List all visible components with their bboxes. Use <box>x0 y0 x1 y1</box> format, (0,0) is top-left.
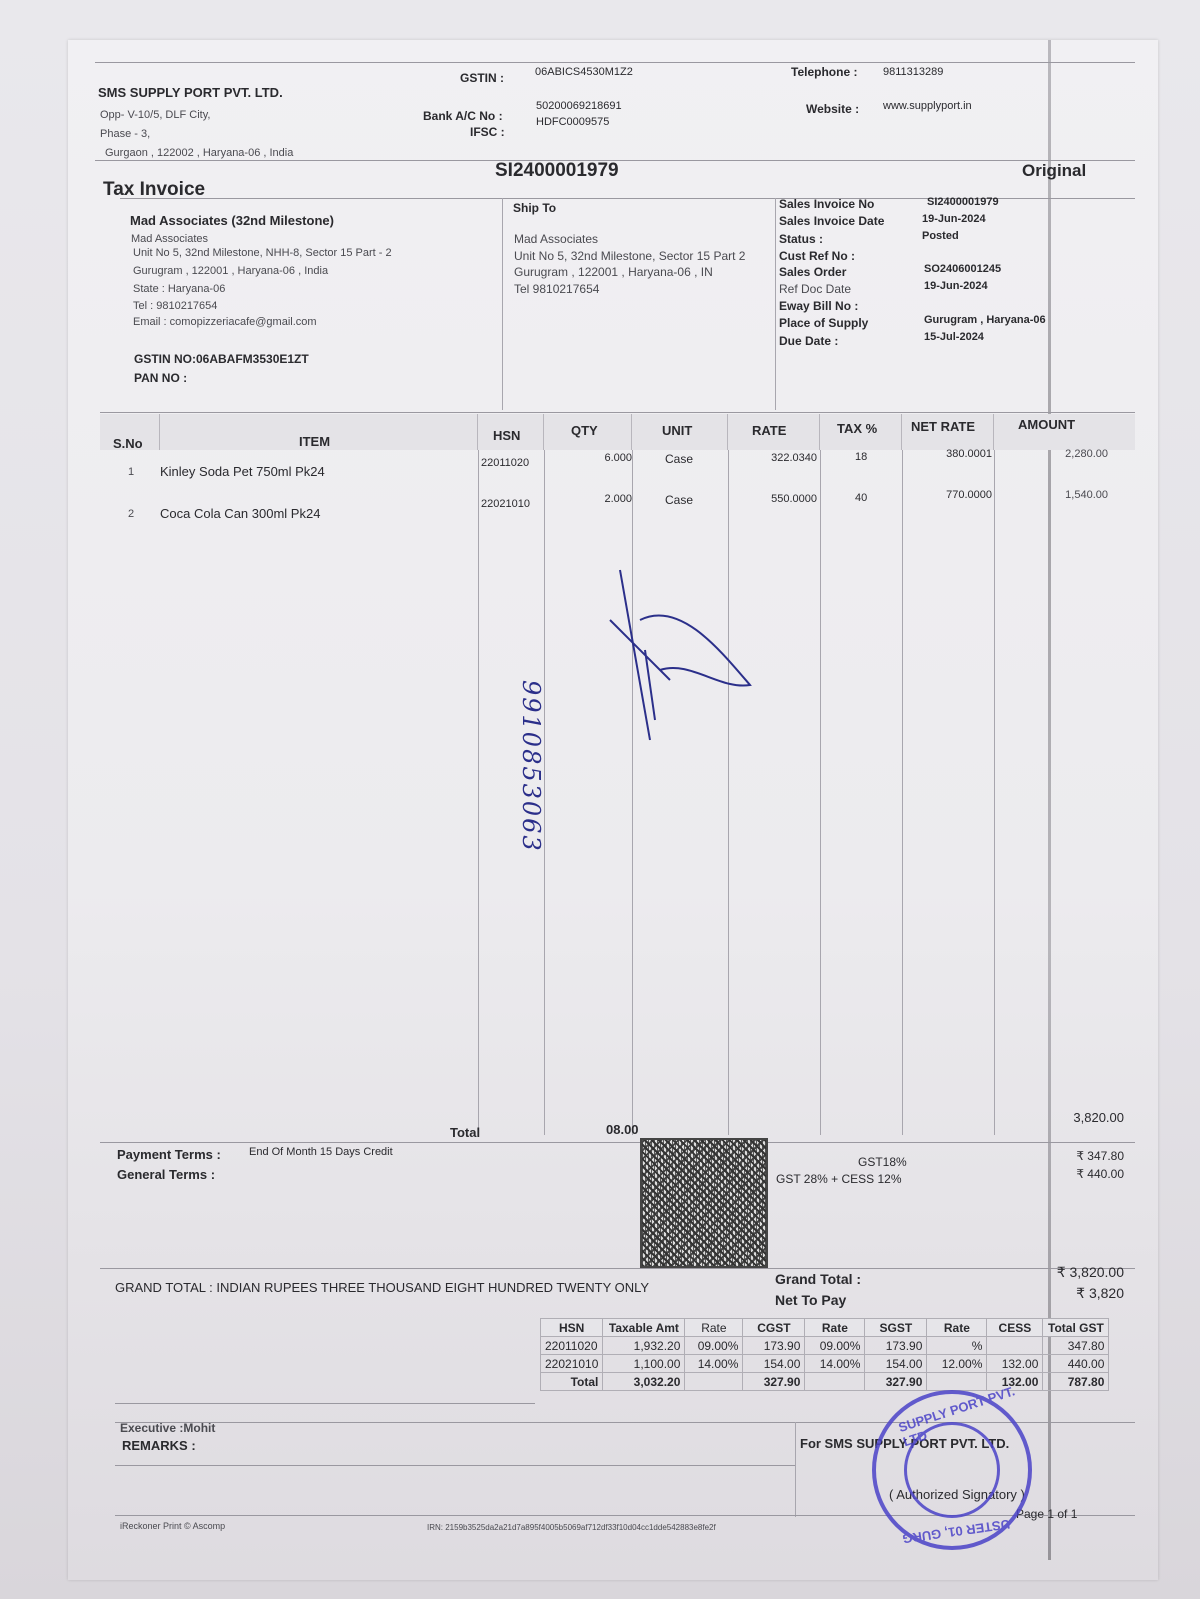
gst-cell: 787.80 <box>1043 1373 1109 1391</box>
ifsc-code: HDFC0009575 <box>536 116 609 128</box>
gst-cell: 22021010 <box>541 1355 603 1373</box>
gst-header-cess: CESS <box>987 1319 1043 1337</box>
meta-label: Sales Order <box>779 265 846 279</box>
gst-cell: Total <box>541 1373 603 1391</box>
cell-sno: 1 <box>128 466 134 478</box>
meta-value: 19-Jun-2024 <box>922 213 986 225</box>
grand-total-value: ₹ 3,820.00 <box>1020 1264 1124 1281</box>
bill-to-line: State : Haryana-06 <box>133 283 225 295</box>
website-label: Website : <box>806 102 859 116</box>
website-link[interactable]: www.supplyport.in <box>883 100 972 112</box>
ship-to-label: Ship To <box>513 201 556 215</box>
gst-cell: 132.00 <box>987 1355 1043 1373</box>
divider <box>820 450 821 1135</box>
bank-label: Bank A/C No : <box>423 109 503 123</box>
divider <box>100 1268 1135 1269</box>
gst-header-cgst: CGST <box>743 1319 805 1337</box>
gst-breakdown-table: HSN Taxable Amt Rate CGST Rate SGST Rate… <box>540 1318 1109 1391</box>
general-terms-label: General Terms : <box>117 1167 215 1182</box>
gst-cell: 173.90 <box>743 1337 805 1355</box>
seller-gstin: 06ABICS4530M1Z2 <box>535 66 633 78</box>
cell-amount: 1,540.00 <box>1030 489 1108 501</box>
cell-amount: 2,280.00 <box>1030 448 1108 460</box>
software-credit: iReckoner Print © Ascomp <box>120 1521 225 1531</box>
ship-to-line: Unit No 5, 32nd Milestone, Sector 15 Par… <box>514 249 745 263</box>
gst-cell <box>987 1337 1043 1355</box>
gst-cell: 440.00 <box>1043 1355 1109 1373</box>
meta-value: 19-Jun-2024 <box>924 280 988 292</box>
cell-tax: 40 <box>855 492 867 504</box>
amount-in-words: GRAND TOTAL : INDIAN RUPEES THREE THOUSA… <box>115 1280 649 1295</box>
divider <box>902 450 903 1135</box>
gst-table-row: 22021010 1,100.00 14.00% 154.00 14.00% 1… <box>541 1355 1109 1373</box>
cell-rate: 550.0000 <box>740 493 817 505</box>
cell-unit: Case <box>665 493 693 507</box>
col-header-hsn: HSN <box>493 428 520 443</box>
gst-header-rate: Rate <box>685 1319 743 1337</box>
gst-header-taxable: Taxable Amt <box>603 1319 685 1337</box>
handwritten-signature-icon <box>600 560 760 750</box>
gst-cell: 22011020 <box>541 1337 603 1355</box>
meta-value: Gurugram , Haryana-06 <box>924 314 1046 326</box>
meta-label: Status : <box>779 232 823 246</box>
gst-header-rate: Rate <box>927 1319 987 1337</box>
gst-cell: 1,100.00 <box>603 1355 685 1373</box>
gst-table-header: HSN Taxable Amt Rate CGST Rate SGST Rate… <box>541 1319 1109 1337</box>
cell-rate: 322.0340 <box>740 452 817 464</box>
telephone-label: Telephone : <box>791 65 857 79</box>
gst-cell: 154.00 <box>743 1355 805 1373</box>
cell-qty: 2.000 <box>560 493 632 505</box>
cell-net-rate: 770.0000 <box>910 489 992 501</box>
gst-table-total-row: Total 3,032.20 327.90 327.90 132.00 787.… <box>541 1373 1109 1391</box>
cell-qty: 6.000 <box>560 452 632 464</box>
meta-label: Place of Supply <box>779 316 868 330</box>
gst-cell: 1,932.20 <box>603 1337 685 1355</box>
divider <box>115 1465 795 1466</box>
net-to-pay-label: Net To Pay <box>775 1292 846 1308</box>
bill-to-gstin: GSTIN NO:06ABAFM3530E1ZT <box>134 352 309 366</box>
col-header-sno: S.No <box>113 436 143 451</box>
gst-header-hsn: HSN <box>541 1319 603 1337</box>
col-header-item: ITEM <box>299 434 330 449</box>
cell-hsn: 22021010 <box>481 498 530 510</box>
payment-terms-value: End Of Month 15 Days Credit <box>249 1146 393 1158</box>
gst-cell: 327.90 <box>865 1373 927 1391</box>
meta-value: 15-Jul-2024 <box>924 331 984 343</box>
gst-cell: 09.00% <box>685 1337 743 1355</box>
cell-hsn: 22011020 <box>481 457 529 469</box>
invoice-number: SI2400001979 <box>495 160 619 182</box>
bill-to-line: Unit No 5, 32nd Milestone, NHH-8, Sector… <box>133 247 392 259</box>
grand-total-label: Grand Total : <box>775 1271 861 1287</box>
gst-header-total: Total GST <box>1043 1319 1109 1337</box>
col-header-amount: AMOUNT <box>1018 417 1075 432</box>
bill-to-name: Mad Associates (32nd Milestone) <box>130 213 334 228</box>
gst-cell: 3,032.20 <box>603 1373 685 1391</box>
cell-item: Kinley Soda Pet 750ml Pk24 <box>160 464 325 479</box>
telephone: 9811313289 <box>883 66 943 78</box>
divider <box>95 62 1135 63</box>
meta-label: Sales Invoice No <box>779 197 874 211</box>
col-header-unit: UNIT <box>662 423 692 438</box>
gst-cell <box>685 1373 743 1391</box>
tax-summary-label: GST 28% + CESS 12% <box>776 1172 902 1186</box>
gst-cell: 14.00% <box>685 1355 743 1373</box>
net-to-pay-value: ₹ 3,820 <box>1020 1285 1124 1302</box>
divider <box>775 198 776 410</box>
meta-label: Cust Ref No : <box>779 249 855 263</box>
meta-label: Ref Doc Date <box>779 282 851 296</box>
tax-summary-label: GST18% <box>858 1155 907 1169</box>
divider <box>100 412 1135 413</box>
bank-account: 50200069218691 <box>536 100 622 112</box>
divider <box>502 198 503 410</box>
status-badge: Posted <box>922 230 959 242</box>
gst-cell: 154.00 <box>865 1355 927 1373</box>
company-stamp-icon: SUPPLY PORT PVT. LTD USTER 01, GURG <box>872 1390 1032 1550</box>
seller-name: SMS SUPPLY PORT PVT. LTD. <box>98 85 283 100</box>
meta-value: SI2400001979 <box>927 196 999 208</box>
seller-address-line: Phase - 3, <box>100 128 150 140</box>
gst-header-rate: Rate <box>805 1319 865 1337</box>
gst-table-row: 22011020 1,932.20 09.00% 173.90 09.00% 1… <box>541 1337 1109 1355</box>
tax-summary-value: ₹ 440.00 <box>1040 1167 1124 1181</box>
e-invoice-qr-code <box>640 1138 768 1268</box>
ifsc-label: IFSC : <box>470 125 505 139</box>
page-number: Page 1 of 1 <box>1016 1507 1077 1521</box>
ship-to-line: Gurugram , 122001 , Haryana-06 , IN <box>514 265 713 279</box>
divider <box>728 450 729 1135</box>
ship-to-line: Mad Associates <box>514 232 598 246</box>
bill-to-line: Email : comopizzeriacafe@gmail.com <box>133 316 317 328</box>
bill-to-pan: PAN NO : <box>134 371 187 385</box>
remarks-label: REMARKS : <box>122 1438 196 1453</box>
gst-cell: 327.90 <box>743 1373 805 1391</box>
meta-label: Sales Invoice Date <box>779 214 884 228</box>
gst-cell: 14.00% <box>805 1355 865 1373</box>
total-amount: 3,820.00 <box>1030 1110 1124 1125</box>
meta-label: Eway Bill No : <box>779 299 858 313</box>
cell-net-rate: 380.0001 <box>910 448 992 460</box>
tax-summary-value: ₹ 347.80 <box>1040 1149 1124 1163</box>
gstin-label: GSTIN : <box>460 71 504 85</box>
copy-type-badge: Original <box>1022 161 1086 181</box>
meta-label: Due Date : <box>779 334 838 348</box>
gst-header-sgst: SGST <box>865 1319 927 1337</box>
total-qty: 08.00 <box>606 1122 639 1137</box>
gst-cell: 12.00% <box>927 1355 987 1373</box>
gst-cell <box>805 1373 865 1391</box>
col-header-qty: QTY <box>571 423 598 438</box>
total-label: Total <box>450 1125 480 1140</box>
col-header-tax: TAX % <box>837 421 877 436</box>
gst-cell <box>927 1373 987 1391</box>
col-header-net-rate: NET RATE <box>911 419 975 434</box>
executive-name: Executive :Mohit <box>120 1421 215 1435</box>
ship-to-line: Tel 9810217654 <box>514 282 599 296</box>
irn-number: IRN: 2159b3525da2a21d7a895f4005b5069af71… <box>427 1523 716 1532</box>
gst-cell: 09.00% <box>805 1337 865 1355</box>
seller-address-line: Gurgaon , 122002 , Haryana-06 , India <box>105 147 293 159</box>
divider <box>115 1403 535 1404</box>
cell-item: Coca Cola Can 300ml Pk24 <box>160 506 320 521</box>
cell-unit: Case <box>665 452 693 466</box>
col-header-rate: RATE <box>752 423 786 438</box>
bill-to-line: Gurugram , 122001 , Haryana-06 , India <box>133 265 328 277</box>
divider <box>100 1142 1135 1143</box>
cell-tax: 18 <box>855 451 867 463</box>
gst-cell: 173.90 <box>865 1337 927 1355</box>
divider <box>632 450 633 1135</box>
seller-address-line: Opp- V-10/5, DLF City, <box>100 109 210 121</box>
bill-to-line: Mad Associates <box>131 233 208 245</box>
handwritten-phone-note: 9910853063 <box>517 680 545 853</box>
payment-terms-label: Payment Terms : <box>117 1147 221 1162</box>
divider <box>994 450 995 1135</box>
gst-cell: % <box>927 1337 987 1355</box>
gst-cell: 347.80 <box>1043 1337 1109 1355</box>
meta-value: SO2406001245 <box>924 263 1001 275</box>
divider <box>478 450 479 1135</box>
bill-to-line: Tel : 9810217654 <box>133 300 217 312</box>
divider <box>795 1422 796 1517</box>
cell-sno: 2 <box>128 508 134 520</box>
